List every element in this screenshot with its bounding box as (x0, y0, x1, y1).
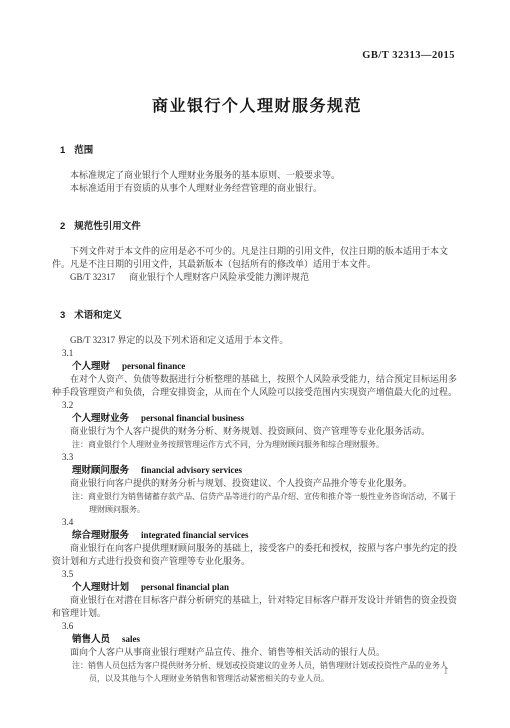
term-name-zh: 理财顾问服务 (72, 465, 129, 476)
term-note: 注：商业银行为销售储蓄存款产品、信贷产品等进行的产品介绍、宣传和推介等一般性业务… (72, 490, 462, 516)
term-name-zh: 个人理财业务 (72, 413, 129, 424)
section-2-number: 2 (60, 221, 65, 232)
page-number: 1 (444, 666, 449, 676)
term-name-zh: 销售人员 (72, 634, 110, 645)
term-heading: 个人理财计划personal financial plan (72, 581, 462, 594)
section-1-paragraph-2: 本标准适用于有资质的从事个人理财业务经营管理的商业银行。 (52, 182, 462, 195)
section-1-heading: 1范围 (60, 144, 462, 157)
section-2-title: 规范性引用文件 (74, 221, 141, 232)
term-number: 3.1 (62, 347, 462, 360)
section-2-paragraph-1: 下列文件对于本文件的应用是必不可少的。凡是注日期的引用文件，仅注日期的版本适用于… (52, 245, 462, 271)
term-number: 3.6 (62, 620, 462, 633)
term-heading: 个人理财personal finance (72, 360, 462, 373)
term-definition: 商业银行在对潜在目标客户群分析研究的基础上，针对特定目标客户群开发设计并销售的资… (52, 594, 462, 620)
term-definition: 面向个人客户从事商业银行理财产品宣传、推介、销售等相关活动的银行人员。 (52, 646, 462, 659)
term-note: 注：销售人员包括为客户提供财务分析、规划或投资建议的业务人员，销售理财计划或投资… (72, 659, 462, 685)
term-name-zh: 综合理财服务 (72, 530, 129, 541)
section-3-title: 术语和定义 (74, 310, 122, 321)
term-name-en: personal financial business (141, 413, 244, 423)
term-item: 3.1 个人理财personal finance 在对个人资产、负债等数据进行分… (52, 347, 462, 399)
term-number: 3.4 (62, 516, 462, 529)
term-number: 3.3 (62, 451, 462, 464)
term-definition: 商业银行在向客户提供理财顾问服务的基础上，接受客户的委托和授权，按照与客户事先约… (52, 542, 462, 568)
term-name-zh: 个人理财 (72, 361, 110, 372)
reference-code: GB/T 32317 (70, 272, 115, 282)
term-heading: 理财顾问服务financial advisory services (72, 464, 462, 477)
section-3-number: 3 (60, 310, 65, 321)
term-item: 3.3 理财顾问服务financial advisory services 商业… (52, 451, 462, 516)
section-1-number: 1 (60, 145, 65, 156)
section-3-intro: GB/T 32317 界定的以及下列术语和定义适用于本文件。 (52, 334, 462, 347)
term-name-en: personal financial plan (141, 582, 229, 592)
term-name-en: integrated financial services (141, 530, 248, 540)
term-name-en: financial advisory services (141, 465, 242, 475)
term-item: 3.6 销售人员sales 面向个人客户从事商业银行理财产品宣传、推介、销售等相… (52, 620, 462, 685)
term-definition: 商业银行向客户提供的财务分析与规划、投资建议、个人投资产品推介等专业化服务。 (52, 477, 462, 490)
section-3-heading: 3术语和定义 (60, 309, 462, 322)
page-title: 商业银行个人理财服务规范 (52, 93, 462, 116)
term-name-en: personal finance (122, 361, 185, 371)
term-definition: 在对个人资产、负债等数据进行分析整理的基础上，按照个人风险承受能力，结合预定目标… (52, 373, 462, 399)
term-heading: 综合理财服务integrated financial services (72, 529, 462, 542)
term-number: 3.5 (62, 568, 462, 581)
section-1-title: 范围 (74, 145, 93, 156)
term-heading: 销售人员sales (72, 633, 462, 646)
term-heading: 个人理财业务personal financial business (72, 412, 462, 425)
section-1-paragraph-1: 本标准规定了商业银行个人理财业务服务的基本原则、一般要求等。 (52, 169, 462, 182)
term-definition: 商业银行为个人客户提供的财务分析、财务规划、投资顾问、资产管理等专业化服务活动。 (52, 425, 462, 438)
document-page: GB/T 32313—2015 商业银行个人理财服务规范 1范围 本标准规定了商… (0, 0, 510, 728)
reference-title: 商业银行个人理财客户风险承受能力测评规范 (129, 272, 309, 282)
term-name-en: sales (122, 634, 140, 644)
term-note: 注：商业银行个人理财业务按照管理运作方式不同，分为理财顾问服务和综合理财服务。 (72, 438, 462, 451)
term-name-zh: 个人理财计划 (72, 582, 129, 593)
normative-reference: GB/T 32317商业银行个人理财客户风险承受能力测评规范 (52, 271, 462, 284)
standard-number: GB/T 32313—2015 (52, 50, 462, 61)
term-item: 3.2 个人理财业务personal financial business 商业… (52, 399, 462, 451)
term-item: 3.5 个人理财计划personal financial plan 商业银行在对… (52, 568, 462, 620)
section-2-heading: 2规范性引用文件 (60, 220, 462, 233)
term-number: 3.2 (62, 399, 462, 412)
term-item: 3.4 综合理财服务integrated financial services … (52, 516, 462, 568)
